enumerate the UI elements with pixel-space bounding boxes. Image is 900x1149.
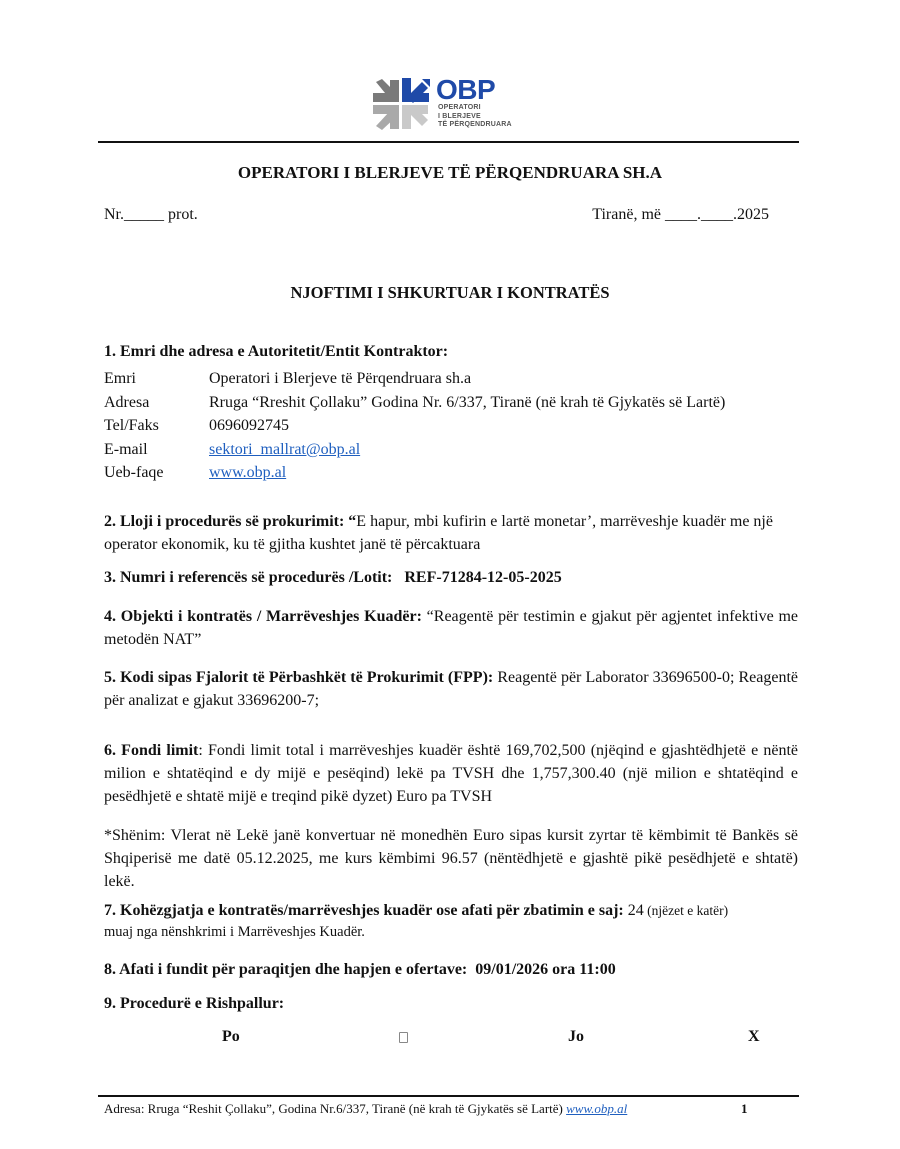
section-1-heading: 1. Emri dhe adresa e Autoritetit/Entit K… [104, 340, 798, 363]
detail-label: E-mail [104, 438, 209, 462]
exchange-rate-note: *Shënim: Vlerat në Lekë janë konvertuar … [104, 824, 798, 893]
organization-name: OPERATORI I BLERJEVE TË PËRQENDRUARA SH.… [0, 163, 900, 183]
email-link[interactable]: sektori_mallrat@obp.al [209, 438, 360, 462]
obp-logo: OBP OPERATORI I BLERJEVE TË PËRQENDRUARA [370, 76, 530, 134]
detail-label: Adresa [104, 391, 209, 415]
section-3-label: 3. Numri i referencës së procedurës /Lot… [104, 569, 392, 586]
section-2-procedure-type: 2. Lloji i procedurës së prokurimit: “E … [104, 510, 798, 556]
detail-value: 0696092745 [209, 414, 289, 438]
page-number: 1 [741, 1101, 748, 1117]
website-link[interactable]: www.obp.al [209, 461, 286, 485]
obp-asterisk-logo-icon [370, 76, 432, 132]
footer-address: Adresa: Rruga “Reshit Çollaku”, Godina N… [104, 1101, 754, 1117]
contracting-authority-details: Emri Operatori i Blerjeve të Përqendruar… [104, 367, 725, 485]
option-no-label: Jo [568, 1028, 584, 1046]
section-3-reference: 3. Numri i referencës së procedurës /Lot… [104, 566, 798, 589]
protocol-number: Nr._____ prot. [104, 206, 198, 224]
detail-label: Tel/Faks [104, 414, 209, 438]
header-rule [98, 141, 799, 143]
section-8-deadline: 8. Afati i fundit për paraqitjen dhe hap… [104, 958, 798, 981]
option-yes-checkbox[interactable] [399, 1032, 408, 1043]
document-title: NJOFTIMI I SHKURTUAR I KONTRATËS [0, 283, 900, 303]
document-date: Tiranë, më ____.____.2025 [592, 206, 769, 224]
deadline-value: 09/01/2026 ora 11:00 [475, 961, 615, 978]
detail-label: Ueb-faqe [104, 461, 209, 485]
section-5-cpv-code: 5. Kodi sipas Fjalorit të Përbashkët të … [104, 666, 798, 712]
logo-wordmark: OBP [436, 76, 495, 104]
section-2-label: 2. Lloji i procedurës së prokurimit: [104, 513, 348, 530]
relaunched-procedure-options: Po Jo X [222, 1028, 767, 1050]
section-6-budget-limit: 6. Fondi limit: Fondi limit total i marr… [104, 739, 798, 808]
detail-value: Rruga “Rreshit Çollaku” Godina Nr. 6/337… [209, 391, 725, 415]
section-6-text: : Fondi limit total i marrëveshjes kuadë… [104, 742, 798, 805]
option-no-mark: X [748, 1028, 760, 1046]
detail-row-email: E-mail sektori_mallrat@obp.al [104, 438, 725, 462]
section-9-label: 9. Procedurë e Rishpallur: [104, 992, 798, 1015]
detail-row-address: Adresa Rruga “Rreshit Çollaku” Godina Nr… [104, 391, 725, 415]
reference-number: REF-71284-12-05-2025 [404, 569, 561, 586]
section-4-contract-object: 4. Objekti i kontratës / Marrëveshjes Ku… [104, 605, 798, 651]
section-7-label: 7. Kohëzgjatja e kontratës/marrëveshjes … [104, 902, 628, 919]
section-6-label: 6. Fondi limit [104, 742, 198, 759]
section-7-text: muaj nga nënshkrimi i Marrëveshjes Kuadë… [104, 922, 798, 942]
logo-subtitle: OPERATORI I BLERJEVE TË PËRQENDRUARA [438, 104, 512, 130]
section-7-duration: 7. Kohëzgjatja e kontratës/marrëveshjes … [104, 899, 798, 942]
detail-label: Emri [104, 367, 209, 391]
section-5-label: 5. Kodi sipas Fjalorit të Përbashkët të … [104, 669, 497, 686]
detail-value: Operatori i Blerjeve të Përqendruara sh.… [209, 367, 471, 391]
section-8-label: 8. Afati i fundit për paraqitjen dhe hap… [104, 961, 467, 978]
option-yes-label: Po [222, 1028, 240, 1046]
duration-words: (njëzet e katër) [644, 903, 728, 918]
detail-row-phone: Tel/Faks 0696092745 [104, 414, 725, 438]
section-4-label: 4. Objekti i kontratës / Marrëveshjes Ku… [104, 608, 427, 625]
detail-row-name: Emri Operatori i Blerjeve të Përqendruar… [104, 367, 725, 391]
detail-row-website: Ueb-faqe www.obp.al [104, 461, 725, 485]
footer-website-link[interactable]: www.obp.al [566, 1101, 627, 1116]
duration-value: 24 [628, 902, 644, 919]
footer-rule [98, 1095, 799, 1097]
